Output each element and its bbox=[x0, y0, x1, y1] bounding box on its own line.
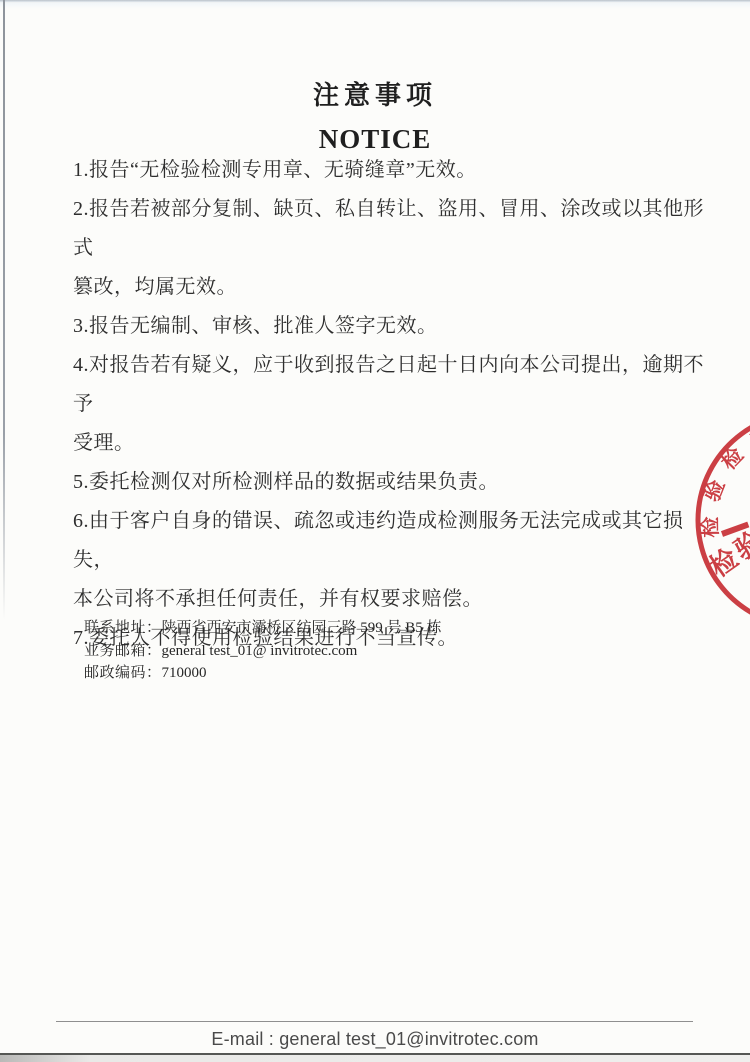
document-header: 注意事项 NOTICE bbox=[0, 76, 750, 162]
contact-email-row: 业务邮箱：general test_01@ invitrotec.com bbox=[84, 640, 442, 663]
contact-postal-value: 710000 bbox=[162, 665, 207, 681]
contact-address-label: 联系地址： bbox=[84, 620, 162, 636]
contact-email-label: 业务邮箱： bbox=[84, 643, 162, 659]
contact-postal-label: 邮政编码： bbox=[84, 665, 162, 681]
notice-item-2: 2.报告若被部分复制、缺页、私自转让、盗用、冒用、涂改或以其他形式 篡改，均属无… bbox=[73, 190, 718, 307]
notice-item-4: 4.对报告若有疑义，应于收到报告之日起十日内向本公司提出，逾期不予 受理。 bbox=[73, 346, 718, 463]
notice-item-5: 5.委托检测仅对所检测样品的数据或结果负责。 bbox=[73, 463, 718, 502]
notice-item-3: 3.报告无编制、审核、批准人签字无效。 bbox=[73, 307, 718, 346]
contact-address-value: 陕西省西安市灞桥区纺园三路 599 号 B5 栋 bbox=[162, 620, 442, 636]
scan-top-tint bbox=[0, 3, 750, 9]
red-seal-stamp-icon: 检验检测专用章 检验 bbox=[692, 402, 750, 642]
notice-list: 1.报告“无检验检测专用章、无骑缝章”无效。 2.报告若被部分复制、缺页、私自转… bbox=[73, 151, 718, 658]
contact-email-value: general test_01@ invitrotec.com bbox=[162, 643, 358, 659]
svg-text:检验检测专用章: 检验检测专用章 bbox=[692, 402, 750, 544]
scan-bottom-edge bbox=[0, 1053, 750, 1062]
stamp-arc-text: 检验检测专用章 bbox=[692, 402, 750, 544]
notice-item-6: 6.由于客户自身的错误、疏忽或违约造成检测服务无法完成或其它损失， 本公司将不承… bbox=[73, 502, 718, 619]
notice-page: 注意事项 NOTICE 1.报告“无检验检测专用章、无骑缝章”无效。 2.报告若… bbox=[0, 0, 750, 1062]
contact-address-row: 联系地址：陕西省西安市灞桥区纺园三路 599 号 B5 栋 bbox=[84, 617, 442, 640]
contact-postal-row: 邮政编码：710000 bbox=[84, 662, 442, 685]
footer-divider bbox=[56, 1021, 693, 1022]
notice-item-1: 1.报告“无检验检测专用章、无骑缝章”无效。 bbox=[73, 151, 718, 190]
contact-block: 联系地址：陕西省西安市灞桥区纺园三路 599 号 B5 栋 业务邮箱：gener… bbox=[84, 617, 442, 685]
footer-email: E-mail : general test_01@invitrotec.com bbox=[0, 1026, 750, 1052]
page-title-zh: 注意事项 bbox=[0, 76, 750, 116]
